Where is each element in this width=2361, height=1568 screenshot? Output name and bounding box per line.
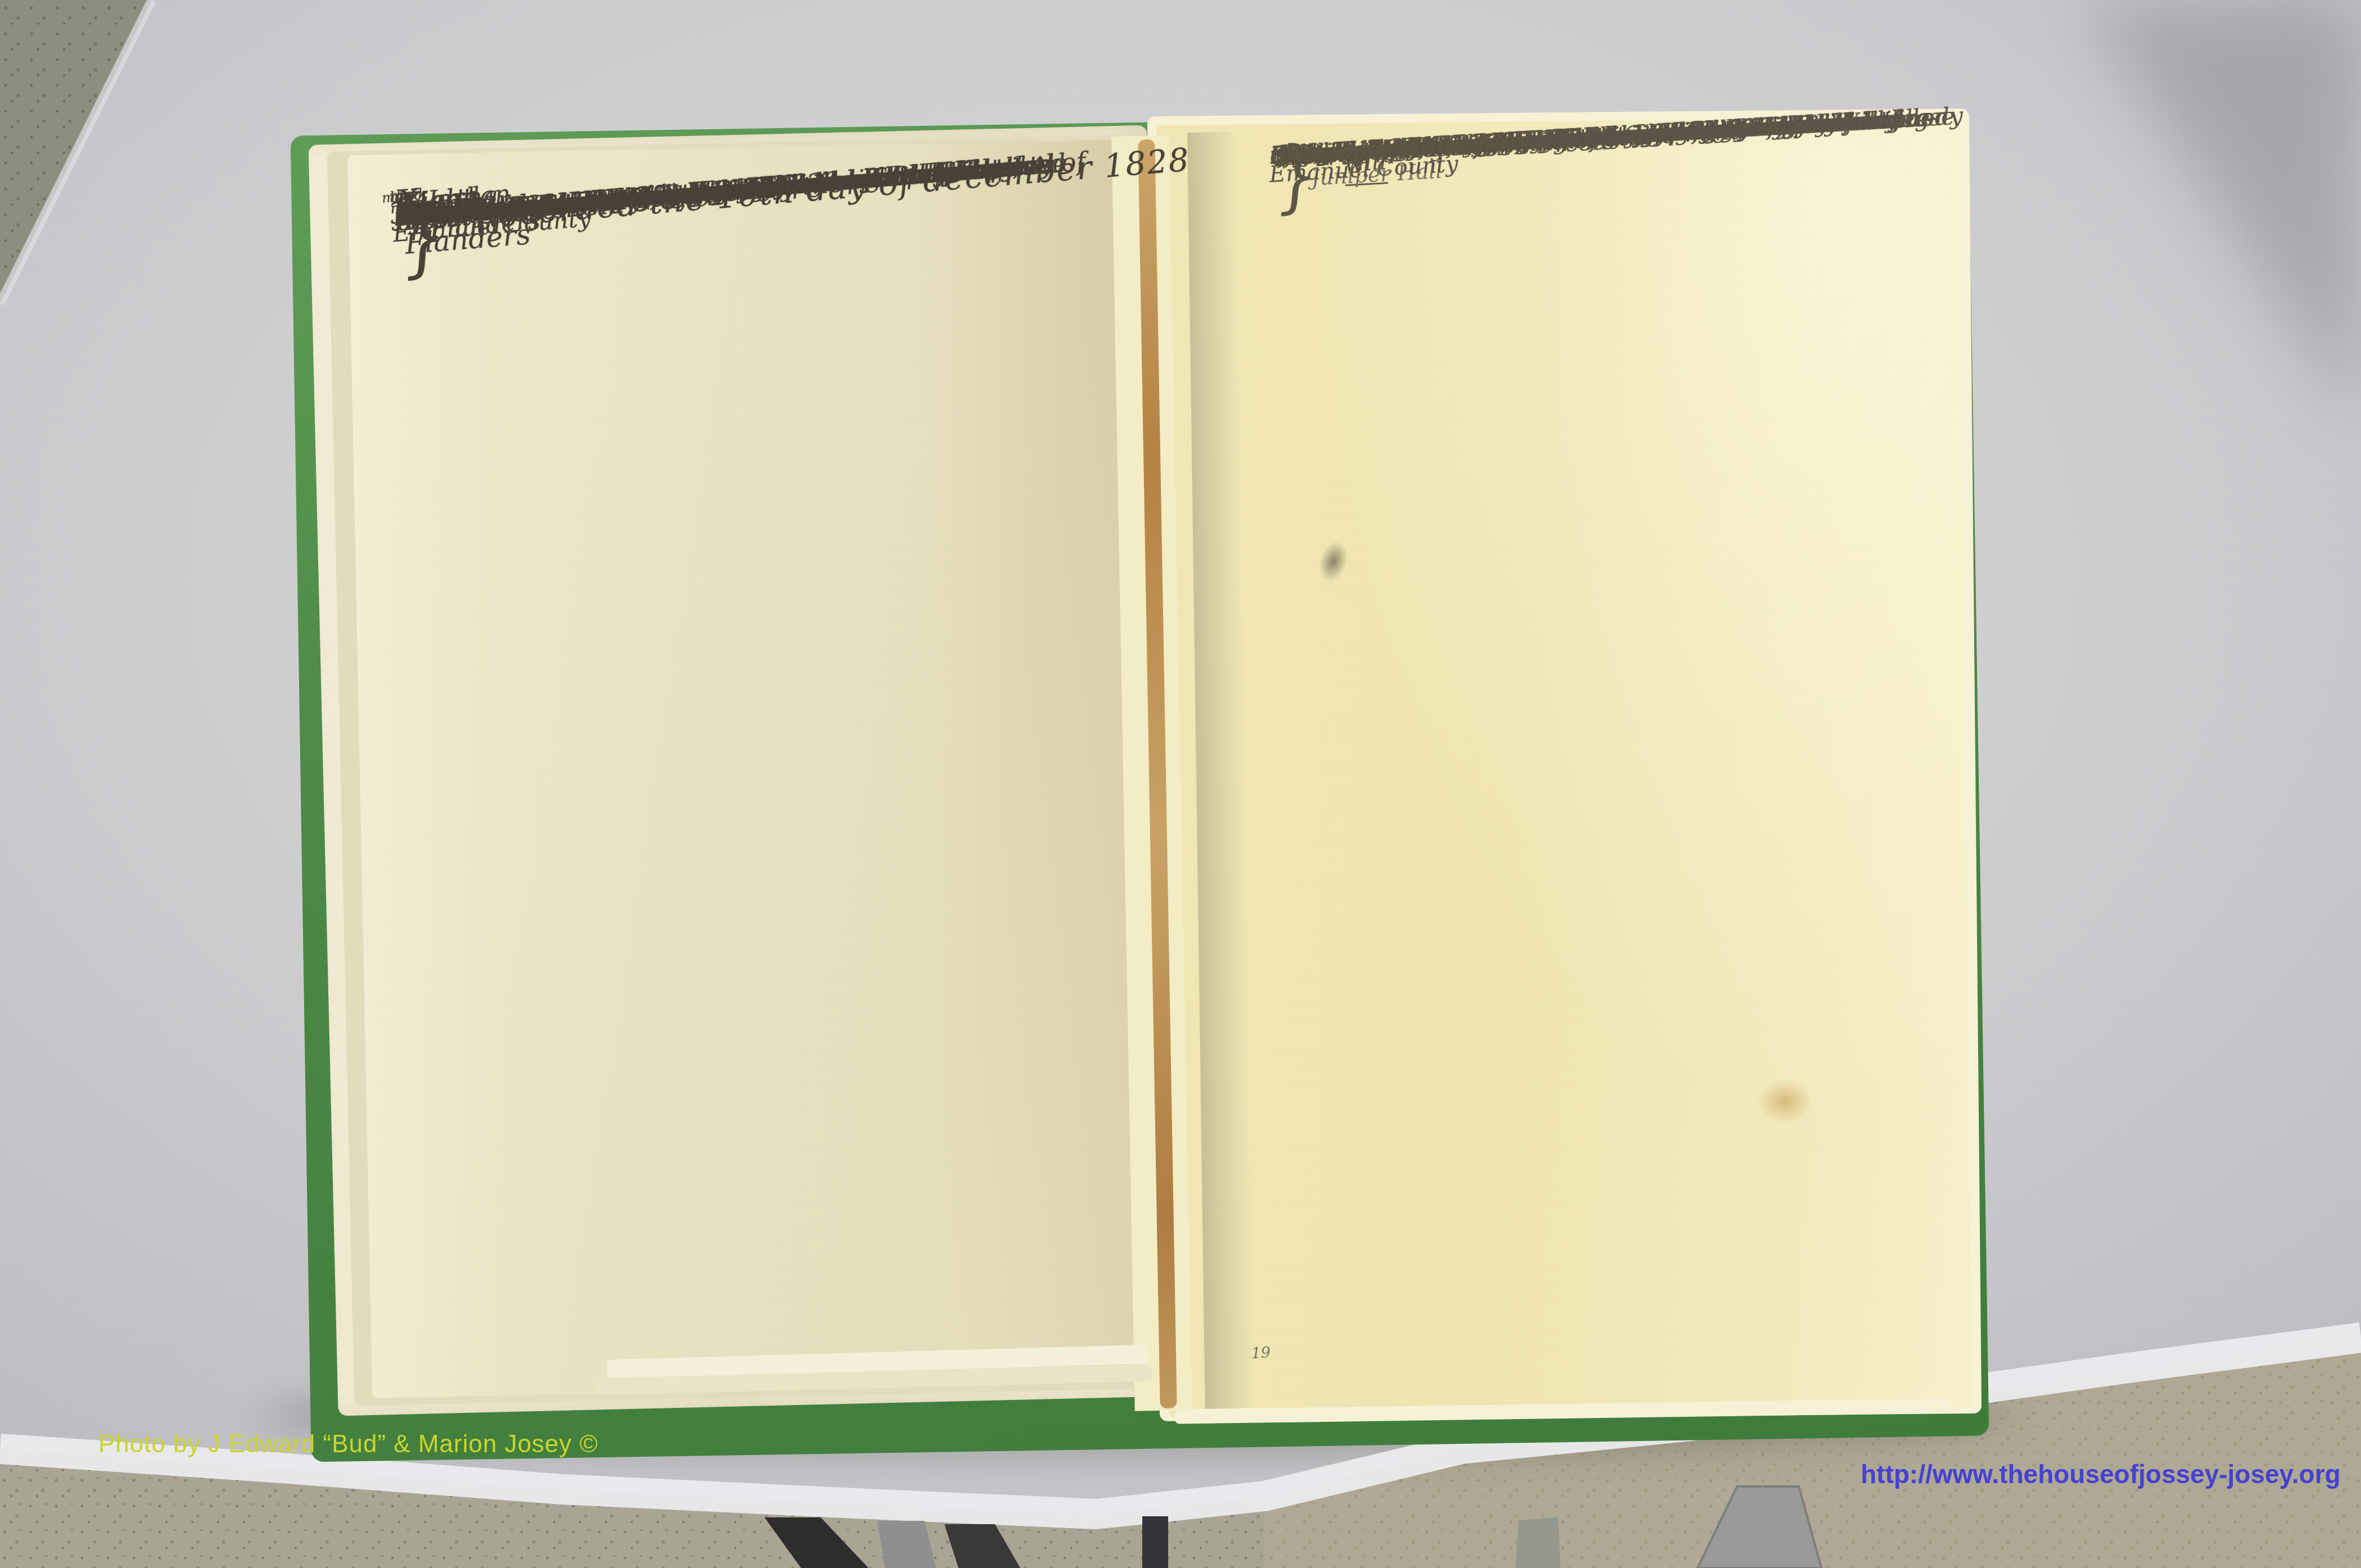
photo-of-open-record-book: (4) and I do appoint my son John Chesnut… — [0, 0, 2361, 1568]
left-page — [347, 139, 1164, 1398]
website-url-watermark: http://www.thehouseofjossey-josey.org — [1861, 1459, 2341, 1489]
pencil-page-mark: 19 — [1251, 1344, 1271, 1362]
ink-blot-stain — [1757, 1079, 1813, 1124]
shadow-under-book-center — [1142, 1516, 1168, 1568]
photo-credit-watermark: Photo by J Edward “Bud” & Marion Josey © — [98, 1430, 598, 1458]
table-leg-gray-2 — [1516, 1517, 1561, 1568]
right-page — [1156, 117, 1971, 1417]
